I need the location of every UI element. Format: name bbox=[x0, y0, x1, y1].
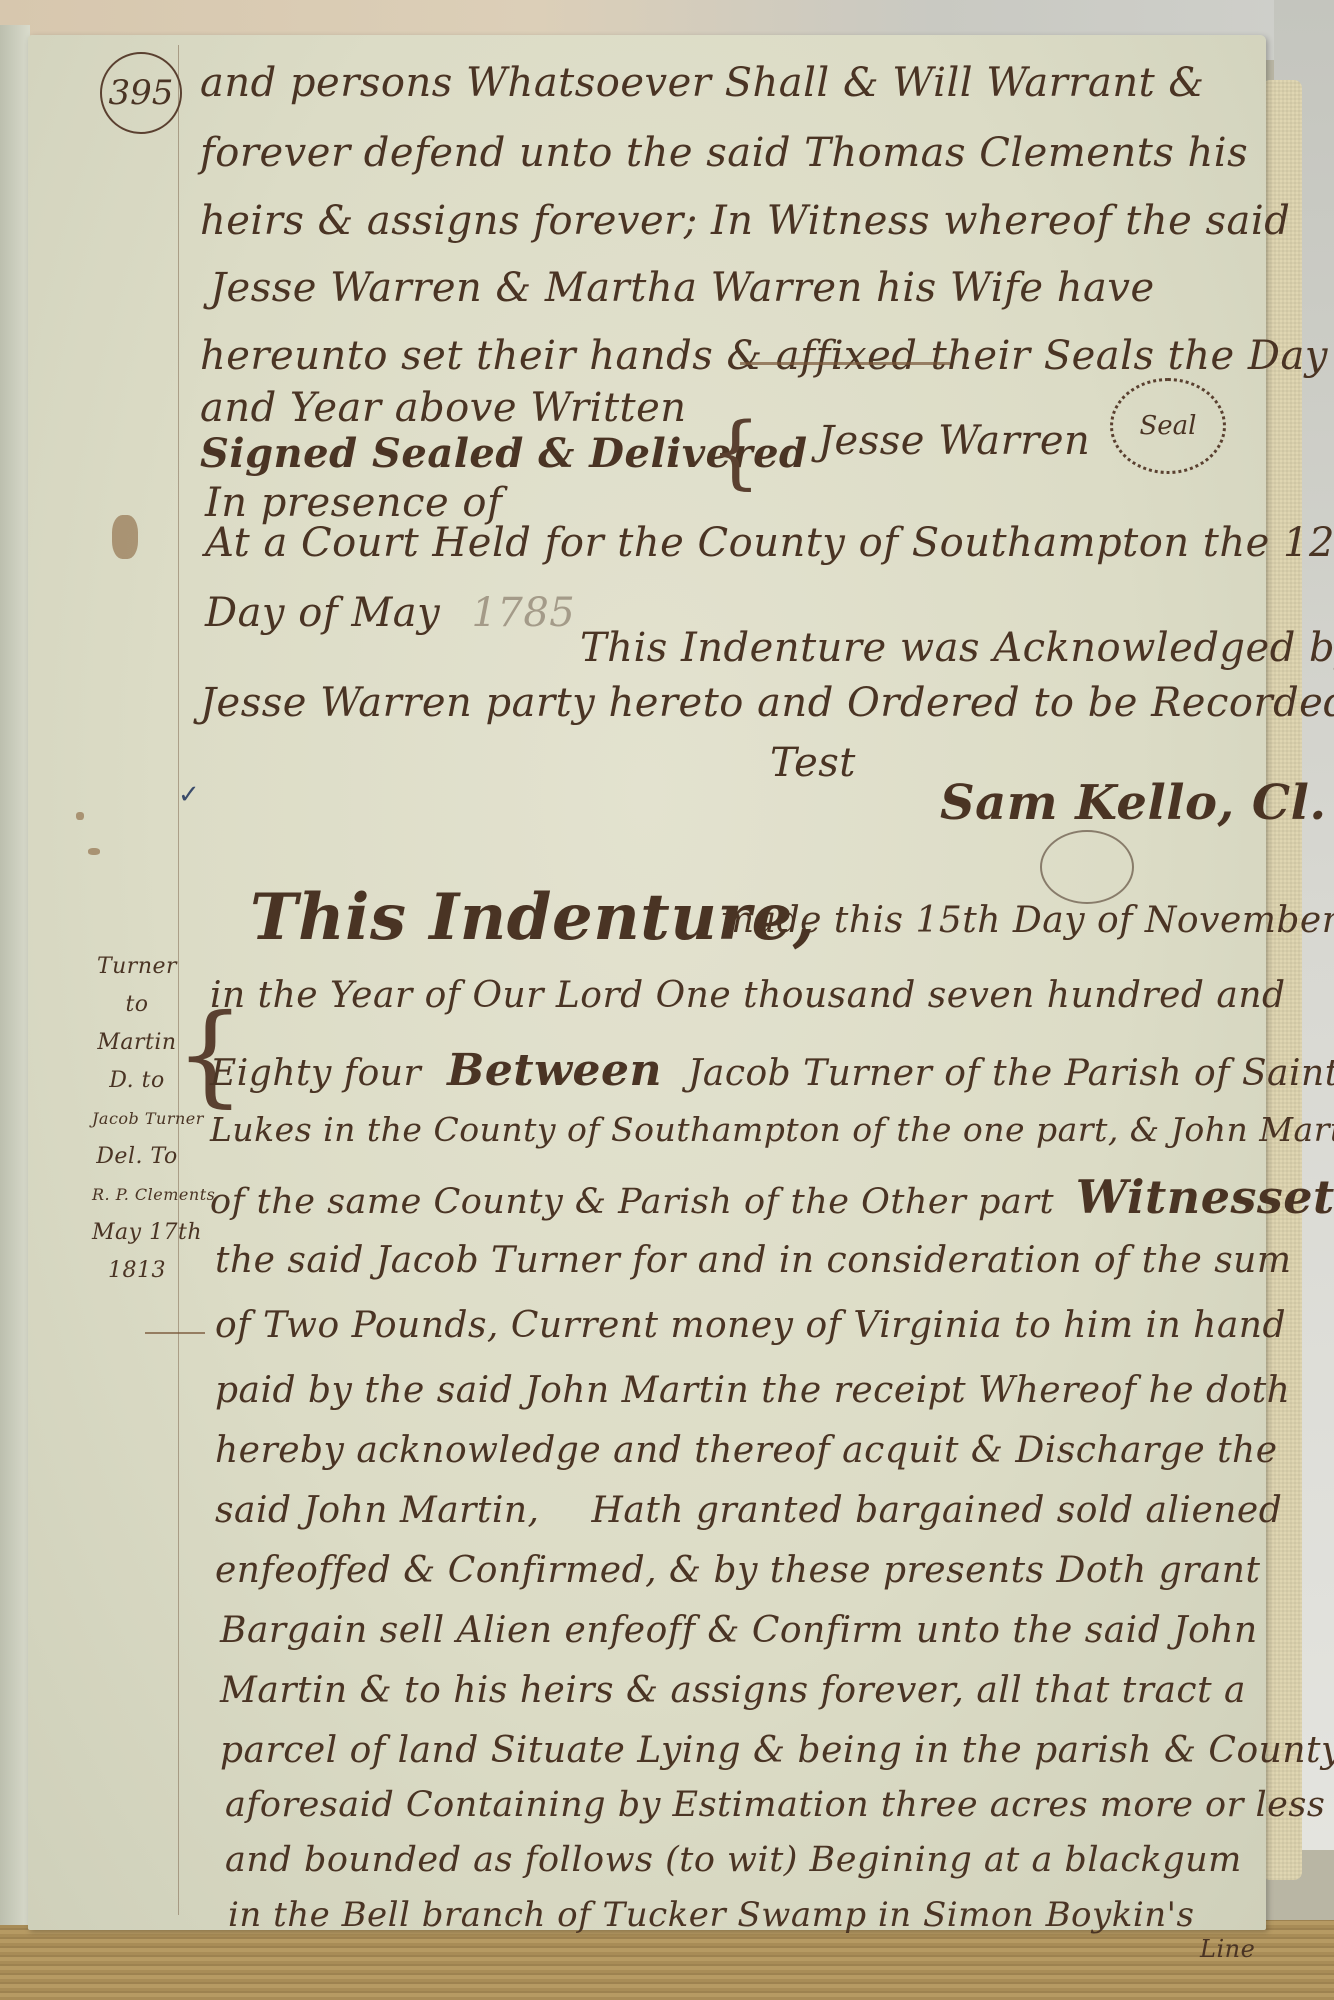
seal-label: Seal bbox=[1139, 411, 1196, 441]
signature-flourish bbox=[1040, 830, 1134, 904]
margin-note-line: Del. To bbox=[92, 1138, 182, 1176]
deed-line: said John Martin, Hath granted bargained… bbox=[215, 1490, 1282, 1531]
deed-line-end: Line bbox=[1200, 1935, 1255, 1963]
margin-note: Turner to Martin D. to Jacob Turner Del.… bbox=[92, 948, 182, 1290]
deed-line: aforesaid Containing by Estimation three… bbox=[225, 1785, 1325, 1825]
page-number: 395 bbox=[100, 52, 182, 134]
deed-line: and bounded as follows (to wit) Begining… bbox=[225, 1840, 1242, 1880]
deed-line: Lukes in the County of Southampton of th… bbox=[210, 1110, 1334, 1149]
court-date-prefix: Day of May bbox=[205, 590, 440, 636]
deed-line: Bargain sell Alien enfeoff & Confirm unt… bbox=[220, 1610, 1258, 1651]
text-line: Jesse Warren & Martha Warren his Wife ha… bbox=[210, 265, 1155, 311]
deed-line: Eighty four Between Jacob Turner of the … bbox=[210, 1045, 1334, 1096]
deed-line: enfeoffed & Confirmed, & by these presen… bbox=[215, 1550, 1260, 1591]
court-record-line: At a Court Held for the County of Southa… bbox=[205, 520, 1334, 566]
deed-text: said John Martin, bbox=[215, 1490, 540, 1531]
witnesseth-keyword: Witnesseth bbox=[1076, 1170, 1334, 1224]
brace-icon: { bbox=[710, 405, 761, 498]
seal-icon: Seal bbox=[1110, 378, 1226, 474]
text-line: and persons Whatsoever Shall & Will Warr… bbox=[200, 60, 1205, 106]
court-date-line: Day of May 1785 bbox=[205, 590, 575, 636]
ordered-recorded-line: Jesse Warren party hereto and Ordered to… bbox=[200, 680, 1334, 726]
text-line: hereunto set their hands & affixed their… bbox=[200, 333, 1328, 379]
deed-line: of Two Pounds, Current money of Virginia… bbox=[215, 1305, 1286, 1346]
test-label: Test bbox=[770, 740, 856, 786]
grantor-text: Jacob Turner of the Parish of Saint bbox=[688, 1053, 1334, 1094]
deed-line: in the Year of Our Lord One thousand sev… bbox=[210, 975, 1286, 1016]
margin-note-line: R. P. Clements bbox=[92, 1176, 182, 1214]
ink-stain bbox=[88, 848, 100, 855]
deed-line: Martin & to his heirs & assigns forever,… bbox=[220, 1670, 1246, 1711]
margin-note-line: Jacob Turner bbox=[92, 1100, 182, 1138]
margin-note-line: D. to bbox=[92, 1062, 182, 1100]
ink-stain bbox=[112, 515, 138, 559]
margin-note-line: to bbox=[92, 986, 182, 1024]
margin-note-line: Turner bbox=[92, 948, 182, 986]
deed-year-text: Eighty four bbox=[210, 1053, 421, 1094]
margin-note-line: Martin bbox=[92, 1024, 182, 1062]
ink-stain bbox=[76, 812, 84, 820]
deed-line: the said Jacob Turner for and in conside… bbox=[215, 1240, 1292, 1281]
deed-line: parcel of land Situate Lying & being in … bbox=[220, 1730, 1334, 1771]
deed-line: in the Bell branch of Tucker Swamp in Si… bbox=[228, 1895, 1194, 1935]
grantee-parish-text: of the same County & Parish of the Other… bbox=[210, 1182, 1054, 1222]
margin-note-line: 1813 bbox=[92, 1252, 182, 1290]
text-line: heirs & assigns forever; In Witness wher… bbox=[200, 198, 1290, 244]
page-edge-left bbox=[0, 25, 30, 1925]
margin-note-underline bbox=[145, 1332, 205, 1334]
deed-line: paid by the said John Martin the receipt… bbox=[215, 1370, 1290, 1411]
deed-date-line: made this 15th Day of November bbox=[720, 900, 1334, 941]
signature-rule bbox=[740, 362, 950, 365]
deed-line: hereby acknowledge and thereof acquit & … bbox=[215, 1430, 1278, 1471]
signatory-name: Jesse Warren bbox=[818, 418, 1090, 464]
margin-note-line: May 17th bbox=[92, 1214, 182, 1252]
clerk-signature: Sam Kello, Cl. bbox=[940, 775, 1327, 831]
deed-text: Hath granted bargained sold aliened bbox=[591, 1490, 1282, 1531]
text-line: forever defend unto the said Thomas Clem… bbox=[200, 130, 1248, 176]
check-mark-icon: ✓ bbox=[178, 780, 200, 810]
court-year: 1785 bbox=[471, 590, 575, 636]
text-line: and Year above Written bbox=[200, 385, 687, 431]
deed-line: of the same County & Parish of the Other… bbox=[210, 1170, 1334, 1224]
between-keyword: Between bbox=[447, 1045, 662, 1096]
acknowledged-line: This Indenture was Acknowledged by bbox=[580, 625, 1334, 671]
